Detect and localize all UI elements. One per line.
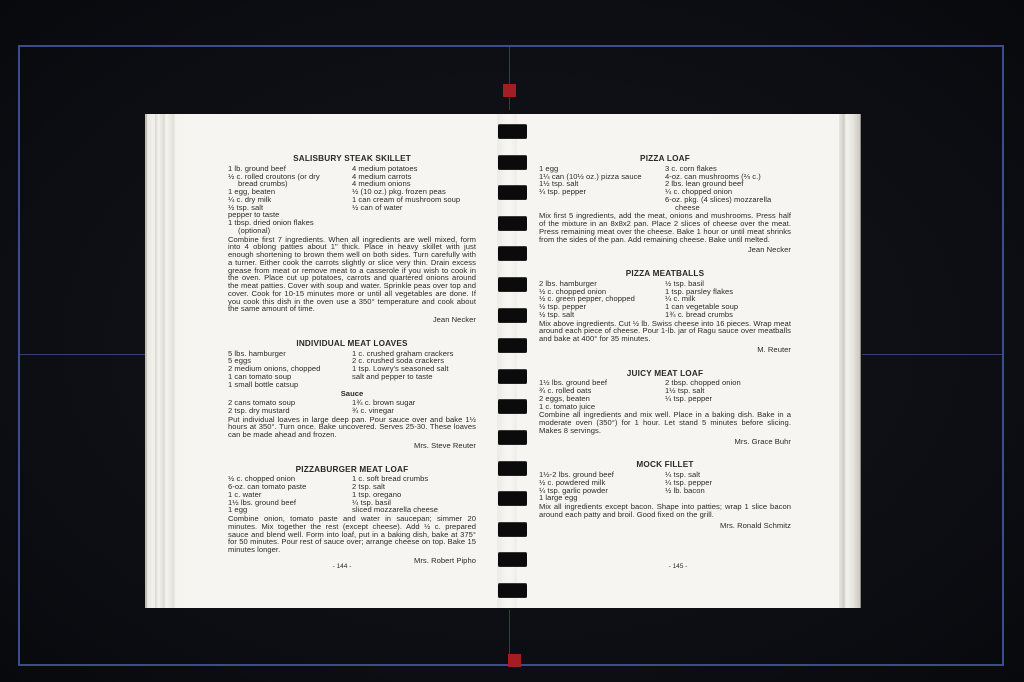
recipe-instructions: Mix above ingredients. Cut ½ lb. Swiss c… <box>539 320 791 343</box>
registration-marker-top <box>503 84 516 97</box>
recipe-instructions: Combine onion, tomato paste and water in… <box>228 515 476 554</box>
ingredient: 2 tsp. dry mustard <box>228 407 352 415</box>
recipe-author: Jean Necker <box>228 316 476 324</box>
ingredient-list: 1 lb. ground beef½ c. rolled croutons (o… <box>228 165 476 235</box>
recipe-author: Mrs. Grace Buhr <box>539 438 791 446</box>
left-page: SALISBURY STEAK SKILLET1 lb. ground beef… <box>183 114 501 608</box>
cookbook: SALISBURY STEAK SKILLET1 lb. ground beef… <box>145 110 861 610</box>
ingredients-column-1: ½ c. chopped onion6-oz. can tomato paste… <box>228 475 352 514</box>
registration-marker-bottom <box>508 654 521 667</box>
binding-ring <box>498 369 527 384</box>
binding-ring <box>498 430 527 445</box>
ingredients-column-2: 2 tbsp. chopped onion1½ tsp. salt¼ tsp. … <box>665 379 791 410</box>
ingredient-list: 2 lbs. hamburger½ c. chopped onion½ c. g… <box>539 280 791 319</box>
ingredient-list: 5 lbs. hamburger5 eggs2 medium onions, c… <box>228 350 476 389</box>
binding-ring <box>498 216 527 231</box>
recipe-instructions: Mix all ingredients except bacon. Shape … <box>539 503 791 519</box>
ingredients-column-1: 2 lbs. hamburger½ c. chopped onion½ c. g… <box>539 280 665 319</box>
recipe-title: PIZZA LOAF <box>539 155 791 163</box>
recipe-author: Mrs. Ronald Schmitz <box>539 522 791 530</box>
binding-ring <box>498 185 527 200</box>
binding-ring <box>498 338 527 353</box>
ingredients-column-1: 1 egg1¼ can (10½ oz.) pizza sauce1½ tsp.… <box>539 165 665 212</box>
ingredient: 1¾ c. bread crumbs <box>665 311 791 319</box>
recipe-title: MOCK FILLET <box>539 461 791 469</box>
recipe-title: PIZZABURGER MEAT LOAF <box>228 466 476 474</box>
frame-right <box>1002 45 1004 666</box>
recipe: SALISBURY STEAK SKILLET1 lb. ground beef… <box>228 155 476 324</box>
ingredient: ¼ tsp. pepper <box>665 395 791 403</box>
frame-center-top <box>509 45 510 110</box>
frame-top <box>18 45 1004 47</box>
binding-ring <box>498 552 527 567</box>
ingredient: ½ tsp. salt <box>539 311 665 319</box>
right-page-content: PIZZA LOAF1 egg1¼ can (10½ oz.) pizza sa… <box>539 155 791 545</box>
recipe: PIZZA LOAF1 egg1¼ can (10½ oz.) pizza sa… <box>539 155 791 254</box>
ingredients-column-2: ½ tsp. basil1 tsp. parsley flakes¼ c. mi… <box>665 280 791 319</box>
ingredient: salt and pepper to taste <box>352 373 476 381</box>
ingredients-column-2: 3 c. corn flakes4-oz. can mushrooms (⅔ c… <box>665 165 791 212</box>
recipe: PIZZABURGER MEAT LOAF½ c. chopped onion6… <box>228 466 476 565</box>
ingredients-column-1: 1½-2 lbs. ground beef½ c. powdered milk¼… <box>539 471 665 502</box>
frame-center-bottom <box>509 610 510 654</box>
ingredient: ¼ tsp. pepper <box>539 188 665 196</box>
binding-ring <box>498 155 527 170</box>
recipe-instructions: Combine all ingredients and mix well. Pl… <box>539 411 791 434</box>
ingredient: 1 c. tomato juice <box>539 403 665 411</box>
page-number-left: - 144 - <box>183 563 501 570</box>
left-page-content: SALISBURY STEAK SKILLET1 lb. ground beef… <box>228 155 476 581</box>
page-stack-right <box>837 114 861 608</box>
binding-ring <box>498 246 527 261</box>
ingredient: ¾ c. vinegar <box>352 407 476 415</box>
recipe-instructions: Put individual loaves in large deep pan.… <box>228 416 476 439</box>
ingredients-column-1: 1 lb. ground beef½ c. rolled croutons (o… <box>228 165 352 235</box>
ingredient: sliced mozzarella cheese <box>352 506 476 514</box>
binding-ring <box>498 277 527 292</box>
recipe-author: Mrs. Steve Reuter <box>228 442 476 450</box>
sauce-column-1: 2 cans tomato soup2 tsp. dry mustard <box>228 399 352 415</box>
ingredient-list: 1½-2 lbs. ground beef½ c. powdered milk¼… <box>539 471 791 502</box>
ingredient: (optional) <box>228 227 352 235</box>
binding-ring <box>498 124 527 139</box>
ingredients-column-1: 5 lbs. hamburger5 eggs2 medium onions, c… <box>228 350 352 389</box>
page-number-right: - 145 - <box>517 563 839 570</box>
ingredient: ½ lb. bacon <box>665 487 791 495</box>
ingredients-column-1: 1½ lbs. ground beef¾ c. rolled oats2 egg… <box>539 379 665 410</box>
recipe-title: JUICY MEAT LOAF <box>539 370 791 378</box>
recipe-instructions: Mix first 5 ingredients, add the meat, o… <box>539 212 791 243</box>
recipe: INDIVIDUAL MEAT LOAVES5 lbs. hamburger5 … <box>228 340 476 450</box>
binding-ring <box>498 522 527 537</box>
sauce-column-2: 1¾ c. brown sugar¾ c. vinegar <box>352 399 476 415</box>
right-page: PIZZA LOAF1 egg1¼ can (10½ oz.) pizza sa… <box>517 114 839 608</box>
binding-ring <box>498 491 527 506</box>
ingredients-column-2: 1 c. soft bread crumbs2 tsp. salt1 tsp. … <box>352 475 476 514</box>
page-stack-left <box>145 114 185 608</box>
recipe-author: M. Reuter <box>539 346 791 354</box>
binding-ring <box>498 583 527 598</box>
sauce-ingredient-list: 2 cans tomato soup2 tsp. dry mustard1¾ c… <box>228 399 476 415</box>
ingredient: 1 large egg <box>539 494 665 502</box>
binding-ring <box>498 308 527 323</box>
ingredients-column-2: 4 medium potatoes4 medium carrots4 mediu… <box>352 165 476 235</box>
binding-ring <box>498 399 527 414</box>
ingredient: 1 egg <box>228 506 352 514</box>
recipe-title: INDIVIDUAL MEAT LOAVES <box>228 340 476 348</box>
ingredient: cheese <box>665 204 791 212</box>
recipe: PIZZA MEATBALLS2 lbs. hamburger½ c. chop… <box>539 270 791 354</box>
photo-background: SALISBURY STEAK SKILLET1 lb. ground beef… <box>0 0 1024 682</box>
recipe-title: PIZZA MEATBALLS <box>539 270 791 278</box>
recipe-author: Jean Necker <box>539 246 791 254</box>
sauce-heading: Sauce <box>228 390 476 398</box>
ingredient: ½ can of water <box>352 204 476 212</box>
recipe-instructions: Combine first 7 ingredients. When all in… <box>228 236 476 314</box>
ingredient: 1 small bottle catsup <box>228 381 352 389</box>
binding-ring <box>498 461 527 476</box>
ingredients-column-2: 1 c. crushed graham crackers2 c. crushed… <box>352 350 476 389</box>
ingredients-column-2: ¼ tsp. salt¼ tsp. pepper½ lb. bacon <box>665 471 791 502</box>
ingredient-list: 1 egg1¼ can (10½ oz.) pizza sauce1½ tsp.… <box>539 165 791 212</box>
frame-mid-right <box>862 354 1004 355</box>
recipe: JUICY MEAT LOAF1½ lbs. ground beef¾ c. r… <box>539 370 791 446</box>
frame-mid-left <box>18 354 148 355</box>
recipe: MOCK FILLET1½-2 lbs. ground beef½ c. pow… <box>539 461 791 529</box>
ingredient-list: ½ c. chopped onion6-oz. can tomato paste… <box>228 475 476 514</box>
recipe-title: SALISBURY STEAK SKILLET <box>228 155 476 163</box>
ingredient-list: 1½ lbs. ground beef¾ c. rolled oats2 egg… <box>539 379 791 410</box>
frame-left <box>18 45 20 666</box>
